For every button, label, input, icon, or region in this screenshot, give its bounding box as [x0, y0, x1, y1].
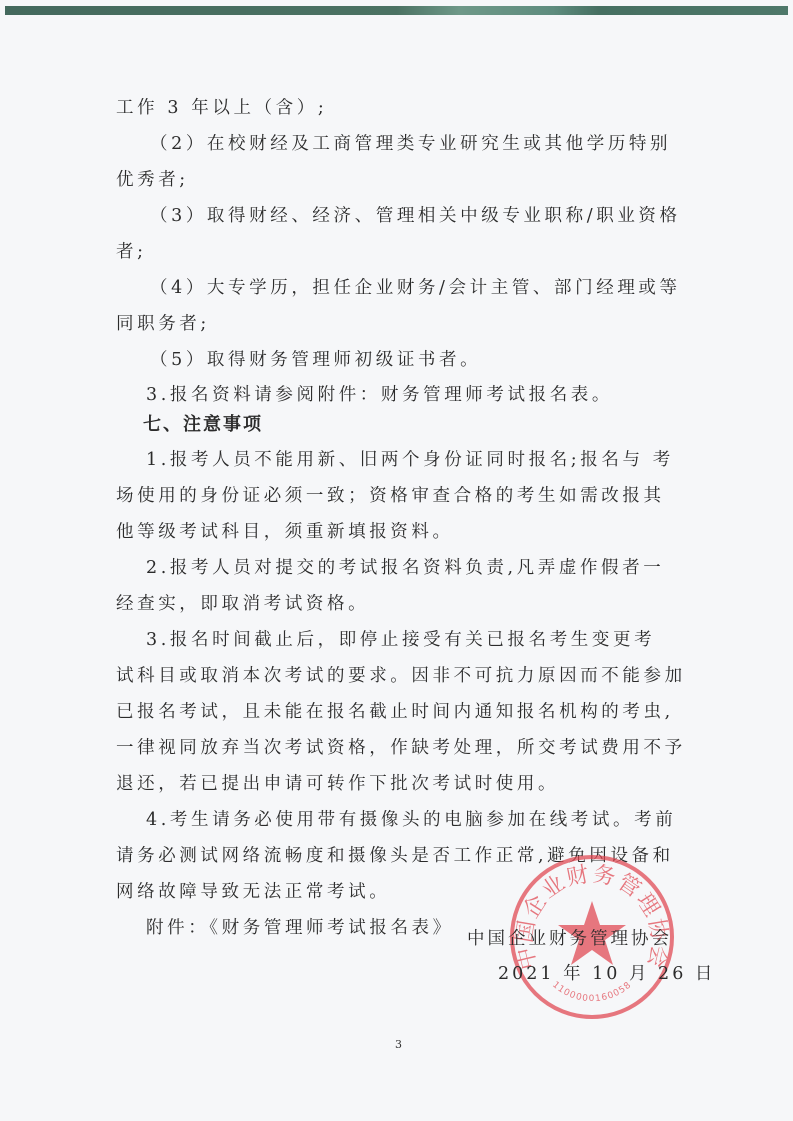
text-line: 经查实，即取消考试资格。 — [116, 592, 676, 616]
text-line: 试科目或取消本次考试的要求。因非不可抗力原因而不能参加 — [116, 664, 676, 688]
section-heading: 七、注意事项 — [143, 413, 703, 437]
item-3-registration-materials: 3.报名资料请参阅附件：财务管理师考试报名表。 — [146, 383, 706, 407]
text-line: 者; — [116, 240, 676, 264]
text-line: 一律视同放弃当次考试资格，作缺考处理，所交考试费用不予 — [116, 736, 676, 760]
text-line: 已报名考试，且未能在报名截止时间内通知报名机构的考虫, — [116, 700, 676, 724]
signature-date: 2021 年 10 月 26 日 — [498, 960, 715, 985]
text-line: 他等级考试科目，须重新填报资料。 — [116, 520, 676, 544]
note-3: 3.报名时间截止后，即停止接受有关已报名考生变更考 — [146, 628, 706, 652]
list-item-3: （3）取得财经、经济、管理相关中级专业职称/职业资格 — [150, 204, 710, 228]
text-line: 退还，若已提出申请可转作下批次考试时使用。 — [116, 772, 676, 796]
note-1: 1.报考人员不能用新、旧两个身份证同时报名;报名与 考 — [146, 448, 706, 472]
text-line: 同职务者; — [116, 312, 676, 336]
list-item-4: （4）大专学历，担任企业财务/会计主管、部门经理或等 — [150, 276, 710, 300]
text-line: 场使用的身份证必须一致；资格审查合格的考生如需改报其 — [116, 484, 676, 508]
text-line: 工作 3 年以上（含）; — [116, 96, 676, 120]
signature-organization: 中国企业财务管理协会 — [467, 925, 672, 950]
text-line: 优秀者; — [116, 168, 676, 192]
document-page: 工作 3 年以上（含）; （2）在校财经及工商管理类专业研究生或其他学历特别 优… — [0, 0, 793, 1121]
scan-top-band — [5, 6, 788, 15]
page-number: 3 — [395, 1038, 402, 1051]
note-2: 2.报考人员对提交的考试报名资料负责,凡弄虚作假者一 — [146, 556, 706, 580]
list-item-5: （5）取得财务管理师初级证书者。 — [150, 348, 710, 372]
list-item-2: （2）在校财经及工商管理类专业研究生或其他学历特别 — [150, 132, 710, 156]
note-4: 4.考生请务必使用带有摄像头的电脑参加在线考试。考前 — [146, 808, 706, 832]
